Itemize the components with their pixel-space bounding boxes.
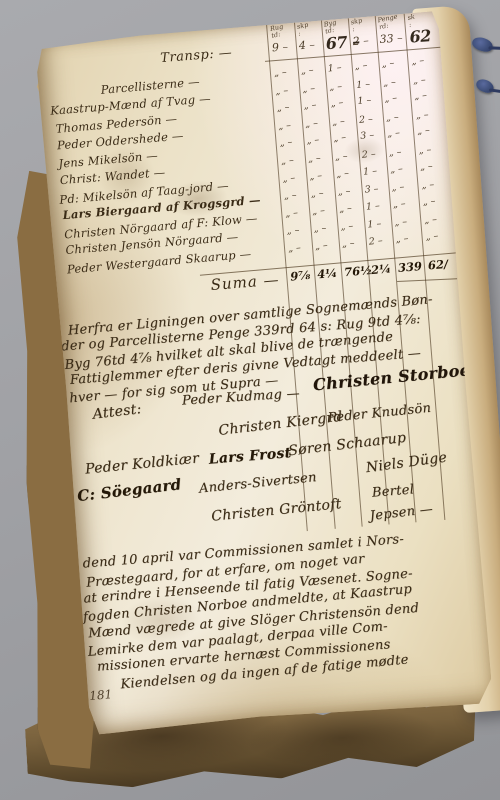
row-cell: „ – [417, 124, 445, 137]
summa-cell: 9⅞ [290, 267, 318, 283]
transport-cell: 33 – [379, 31, 407, 46]
column-header: skp : [350, 14, 379, 33]
photo-of-ledger-book: Rug td:skp :Byg td:skp :Penge rd:sk : Tr… [0, 0, 500, 800]
row-cell: „ – [424, 213, 452, 226]
row-cell: 1 – [363, 164, 391, 177]
signature-bertel-jepsen-line2: Jepsen — [369, 502, 434, 524]
row-cell: „ – [337, 185, 365, 198]
row-cell: 1 – [366, 199, 394, 212]
row-cell: „ – [419, 159, 447, 172]
row-cell: „ – [392, 197, 420, 210]
transport-cell: 67 – [325, 32, 353, 53]
row-cell: „ – [387, 127, 415, 140]
signature-christen-grontoft: Christen Gröntoft [211, 496, 343, 525]
signature-anders-sivertsen: Anders-Sivertsen [198, 470, 317, 496]
signature-peder-koldkiar: Peder Koldkiær [84, 451, 199, 478]
row-cell: „ – [386, 110, 414, 123]
row-cell: „ – [388, 146, 416, 159]
signature-bertel-jepsen-line1: Bertel [371, 482, 414, 500]
summa-cell: 62/ [427, 256, 455, 272]
row-cell: „ – [329, 80, 357, 93]
row-cell: „ – [282, 171, 310, 184]
row-cell: „ – [313, 222, 341, 235]
row-cell: 1 – [367, 218, 395, 231]
column-header: skp : [296, 19, 325, 38]
transport-label: Transp: — [160, 46, 233, 67]
row-cell: „ – [281, 154, 309, 167]
row-cell: „ – [276, 101, 304, 114]
row-cell: „ – [274, 66, 302, 79]
row-cell: „ – [383, 75, 411, 88]
row-cell: 3 – [364, 183, 392, 196]
row-cell: „ – [312, 204, 340, 217]
row-cell: „ – [306, 134, 334, 147]
row-cell: „ – [421, 178, 449, 191]
transport-cell: 4 – [298, 37, 326, 52]
row-cell: „ – [310, 187, 338, 200]
row-cell: „ – [395, 232, 423, 245]
row-cell: 2 – [359, 113, 387, 126]
row-cell: „ – [278, 119, 306, 132]
row-cell: „ – [279, 136, 307, 149]
row-cell: „ – [394, 216, 422, 229]
row-cell: „ – [303, 99, 331, 112]
summa-label: Suma — [210, 270, 280, 293]
row-cell: „ – [333, 131, 361, 144]
row-cell: „ – [285, 206, 313, 219]
transport-cell: 62 [409, 26, 437, 47]
row-cell: „ – [315, 239, 343, 252]
summa-cell: 4¼ [317, 265, 345, 281]
row-cell: 3 – [360, 129, 388, 142]
row-cell: „ – [283, 189, 311, 202]
page-content: Rug td:skp :Byg td:skp :Penge rd:sk : Tr… [35, 11, 493, 735]
row-cell: „ – [309, 169, 337, 182]
row-cell: „ – [391, 181, 419, 194]
transport-cell: 9 – [271, 39, 299, 54]
row-cell: „ – [341, 237, 369, 250]
binding-thread-icon [471, 35, 495, 53]
page-number: 181 [89, 687, 113, 703]
row-cell: „ – [413, 73, 441, 86]
signature-soren-schaarup: Søren Schaarup [287, 430, 407, 460]
row-cell: „ – [415, 108, 443, 121]
row-cell: „ – [302, 82, 330, 95]
column-header: Rug td: [269, 21, 298, 40]
row-cell: 1 – [327, 61, 355, 74]
row-cell: „ – [288, 241, 316, 254]
transport-cell: 2 – [352, 33, 380, 48]
row-cell: „ – [390, 162, 418, 175]
row-cell: „ – [381, 57, 409, 70]
row-cell: „ – [425, 229, 453, 242]
signature-lars-frost: Lars Frost [208, 445, 292, 468]
row-cell: „ – [354, 59, 382, 72]
row-cell: „ – [340, 220, 368, 233]
row-cell: „ – [286, 224, 314, 237]
row-cell: „ – [414, 89, 442, 102]
row-cell: „ – [411, 54, 439, 67]
summa-cell: 339 [397, 259, 425, 275]
row-cell: „ – [335, 150, 363, 163]
summa-cell: 76½ [344, 263, 372, 279]
row-cell: „ – [339, 202, 367, 215]
row-cell: „ – [305, 117, 333, 130]
column-header: Penge rd: [377, 12, 406, 31]
row-cell: 2 – [361, 148, 389, 161]
row-cell: „ – [300, 63, 328, 76]
row-cell: „ – [384, 92, 412, 105]
row-cell: „ – [336, 166, 364, 179]
row-cell: „ – [330, 96, 358, 109]
row-cell: 2 – [368, 234, 396, 247]
row-cell: 1 – [357, 94, 385, 107]
row-cell: „ – [422, 194, 450, 207]
summa-cell: 2¼ [371, 261, 399, 277]
signature-christen-kiergrd: Christen Kiergrd [218, 409, 344, 439]
row-cell: „ – [332, 115, 360, 128]
row-cell: 1 – [356, 77, 384, 90]
manuscript-page: Rug td:skp :Byg td:skp :Penge rd:sk : Tr… [35, 11, 493, 735]
signature-c-soegaard: C: Söegaard [76, 475, 182, 505]
binding-thread-icon [474, 77, 495, 95]
row-cell: „ – [275, 84, 303, 97]
row-cell: „ – [308, 152, 336, 165]
signature-niels-duge: Niels Düge [365, 450, 448, 477]
signature-attest-label: Attest: [92, 401, 143, 423]
row-cell: „ – [418, 143, 446, 156]
